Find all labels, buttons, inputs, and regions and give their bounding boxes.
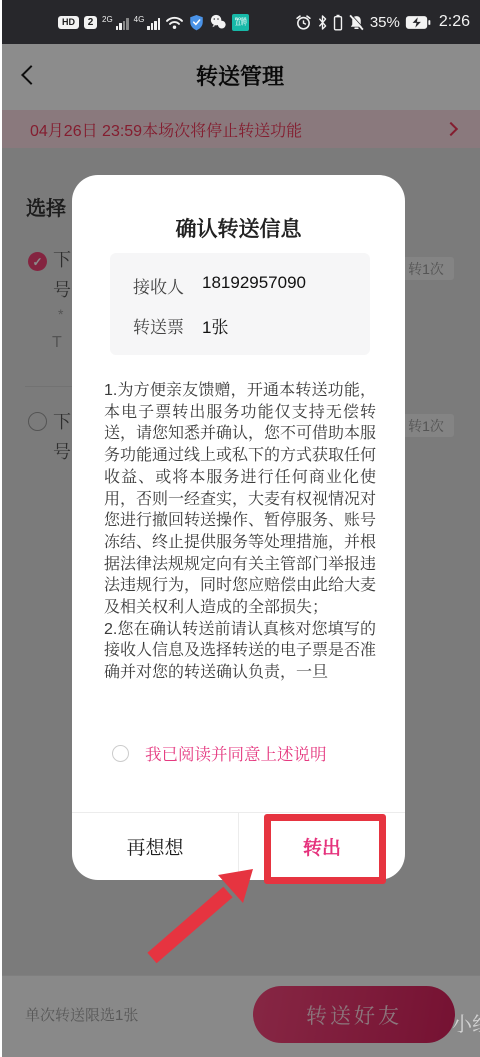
phone-screen: HD 2 2G 4G bbox=[0, 0, 480, 1057]
status-bar: HD 2 2G 4G bbox=[0, 0, 480, 44]
receiver-phone-value: 18192957090 bbox=[202, 273, 306, 298]
confirm-transfer-dialog: 确认转送信息 接收人 18192957090 转送票 1张 1.为方便亲友馈赠，… bbox=[72, 175, 405, 880]
volte-badge: 2 bbox=[84, 16, 97, 29]
wechat-icon bbox=[209, 14, 227, 30]
transfer-info-box: 接收人 18192957090 转送票 1张 bbox=[110, 253, 370, 355]
screenshot-edge bbox=[0, 0, 2, 1057]
shield-icon bbox=[189, 14, 204, 31]
device-battery-icon bbox=[333, 14, 343, 31]
wifi-icon bbox=[165, 15, 184, 30]
charging-battery-icon bbox=[405, 15, 432, 30]
alarm-icon bbox=[295, 14, 312, 31]
arrow-annotation bbox=[120, 845, 280, 980]
battery-percent-label: 35% bbox=[370, 14, 400, 31]
agree-row[interactable]: 我已阅读并同意上述说明 bbox=[112, 741, 327, 765]
bluetooth-icon bbox=[317, 14, 328, 31]
hd-badge: HD bbox=[58, 16, 79, 29]
ticket-count-label: 转送票 bbox=[133, 313, 202, 338]
sim2-net-label: 4G bbox=[134, 15, 145, 24]
receiver-label: 接收人 bbox=[133, 273, 202, 298]
mute-icon bbox=[348, 14, 365, 31]
sim1-net-label: 2G bbox=[102, 15, 113, 24]
terms-paragraph-1: 1.为方便亲友馈赠，开通本转送功能，本电子票转出服务功能仅支持无偿转送，请您知悉… bbox=[104, 380, 376, 619]
boss-zhipin-app-icon: BOSS 直聘 bbox=[232, 14, 249, 31]
sim1-signal-icon: 2G bbox=[102, 15, 129, 30]
highlight-rectangle-annotation bbox=[264, 814, 386, 884]
sim2-signal-icon: 4G bbox=[134, 15, 161, 30]
ticket-count-value: 1张 bbox=[202, 313, 228, 338]
dialog-title: 确认转送信息 bbox=[72, 213, 405, 243]
agree-label: 我已阅读并同意上述说明 bbox=[145, 741, 327, 765]
terms-text: 1.为方便亲友馈赠，开通本转送功能，本电子票转出服务功能仅支持无偿转送，请您知悉… bbox=[104, 380, 376, 684]
clock-label: 2:26 bbox=[439, 13, 470, 31]
agree-radio-unchecked[interactable] bbox=[112, 745, 129, 762]
watermark-label: 小红书 bbox=[452, 1008, 480, 1037]
terms-paragraph-2: 2.您在确认转送前请认真核对您填写的接收人信息及选择转送的电子票是否准确并对您的… bbox=[104, 619, 376, 684]
